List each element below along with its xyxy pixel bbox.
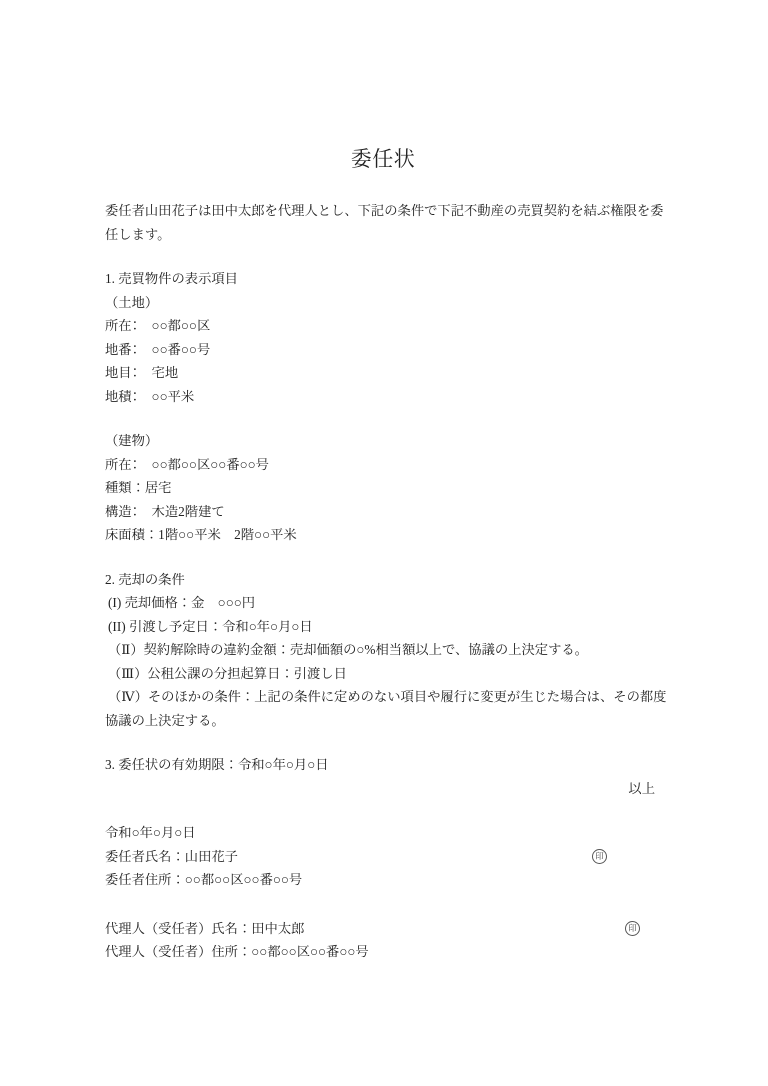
condition-item: （Ⅳ）そのほかの条件：上記の条件に定めのない項目や履行に変更が生じた場合は、その… <box>105 685 661 709</box>
principal-name-row: 委任者氏名：山田花子 印 <box>105 845 661 869</box>
building-type: 種類：居宅 <box>105 476 661 500</box>
document-page: 委任状 委任者山田花子は田中太郎を代理人とし、下記の条件で下記不動産の売買契約を… <box>0 0 768 1086</box>
signature-date: 令和○年○月○日 <box>105 821 661 845</box>
agent-name-row: 代理人（受任者）氏名：田中太郎 印 <box>105 917 661 941</box>
intro-line: 委任者山田花子は田中太郎を代理人とし、下記の条件で下記不動産の売買契約を結ぶ権限… <box>105 199 661 223</box>
land-location: 所在： ○○都○○区 <box>105 314 661 338</box>
agent-seal-icon: 印 <box>625 921 640 936</box>
agent-name: 代理人（受任者）氏名：田中太郎 <box>105 921 304 936</box>
land-caption: （土地） <box>105 291 661 315</box>
intro-line: 任します。 <box>105 223 661 247</box>
seal-char: 印 <box>628 924 637 933</box>
principal-signature: 令和○年○月○日 委任者氏名：山田花子 印 委任者住所：○○都○○区○○番○○号 <box>105 821 661 892</box>
condition-item-continuation: 協議の上決定する。 <box>105 709 661 733</box>
seal-char: 印 <box>595 852 604 861</box>
building-location: 所在： ○○都○○区○○番○○号 <box>105 453 661 477</box>
section2-heading: 2. 売却の条件 <box>105 568 661 592</box>
condition-item: （Ⅲ）公租公課の分担起算日：引渡し日 <box>105 662 661 686</box>
section-property-building: （建物） 所在： ○○都○○区○○番○○号 種類：居宅 構造： 木造2階建て 床… <box>105 429 661 547</box>
closing-ijou: 以上 <box>105 777 661 801</box>
section-conditions: 2. 売却の条件 (I) 売却価格：金 ○○○円 (II) 引渡し予定日：令和○… <box>105 568 661 733</box>
land-category: 地目： 宅地 <box>105 361 661 385</box>
principal-seal-icon: 印 <box>592 849 607 864</box>
section-property-land: 1. 売買物件の表示項目 （土地） 所在： ○○都○○区 地番： ○○番○○号 … <box>105 267 661 408</box>
condition-item: (I) 売却価格：金 ○○○円 <box>105 591 661 615</box>
agent-address: 代理人（受任者）住所：○○都○○区○○番○○号 <box>105 940 661 964</box>
building-caption: （建物） <box>105 429 661 453</box>
land-area: 地積： ○○平米 <box>105 385 661 409</box>
principal-address: 委任者住所：○○都○○区○○番○○号 <box>105 868 661 892</box>
building-structure: 構造： 木造2階建て <box>105 500 661 524</box>
agent-signature: 代理人（受任者）氏名：田中太郎 印 代理人（受任者）住所：○○都○○区○○番○○… <box>105 917 661 964</box>
principal-name: 委任者氏名：山田花子 <box>105 849 238 864</box>
land-lot-number: 地番： ○○番○○号 <box>105 338 661 362</box>
building-floor-area: 床面積：1階○○平米 2階○○平米 <box>105 523 661 547</box>
condition-item: （Ⅱ）契約解除時の違約金額：売却価額の○%相当額以上で、協議の上決定する。 <box>105 638 661 662</box>
section-validity: 3. 委任状の有効期限：令和○年○月○日 以上 <box>105 753 661 800</box>
condition-item: (II) 引渡し予定日：令和○年○月○日 <box>105 615 661 639</box>
document-content: 委任状 委任者山田花子は田中太郎を代理人とし、下記の条件で下記不動産の売買契約を… <box>105 144 661 964</box>
section3-heading: 3. 委任状の有効期限：令和○年○月○日 <box>105 753 661 777</box>
document-title: 委任状 <box>105 144 661 174</box>
section1-heading: 1. 売買物件の表示項目 <box>105 267 661 291</box>
intro-paragraph: 委任者山田花子は田中太郎を代理人とし、下記の条件で下記不動産の売買契約を結ぶ権限… <box>105 199 661 246</box>
